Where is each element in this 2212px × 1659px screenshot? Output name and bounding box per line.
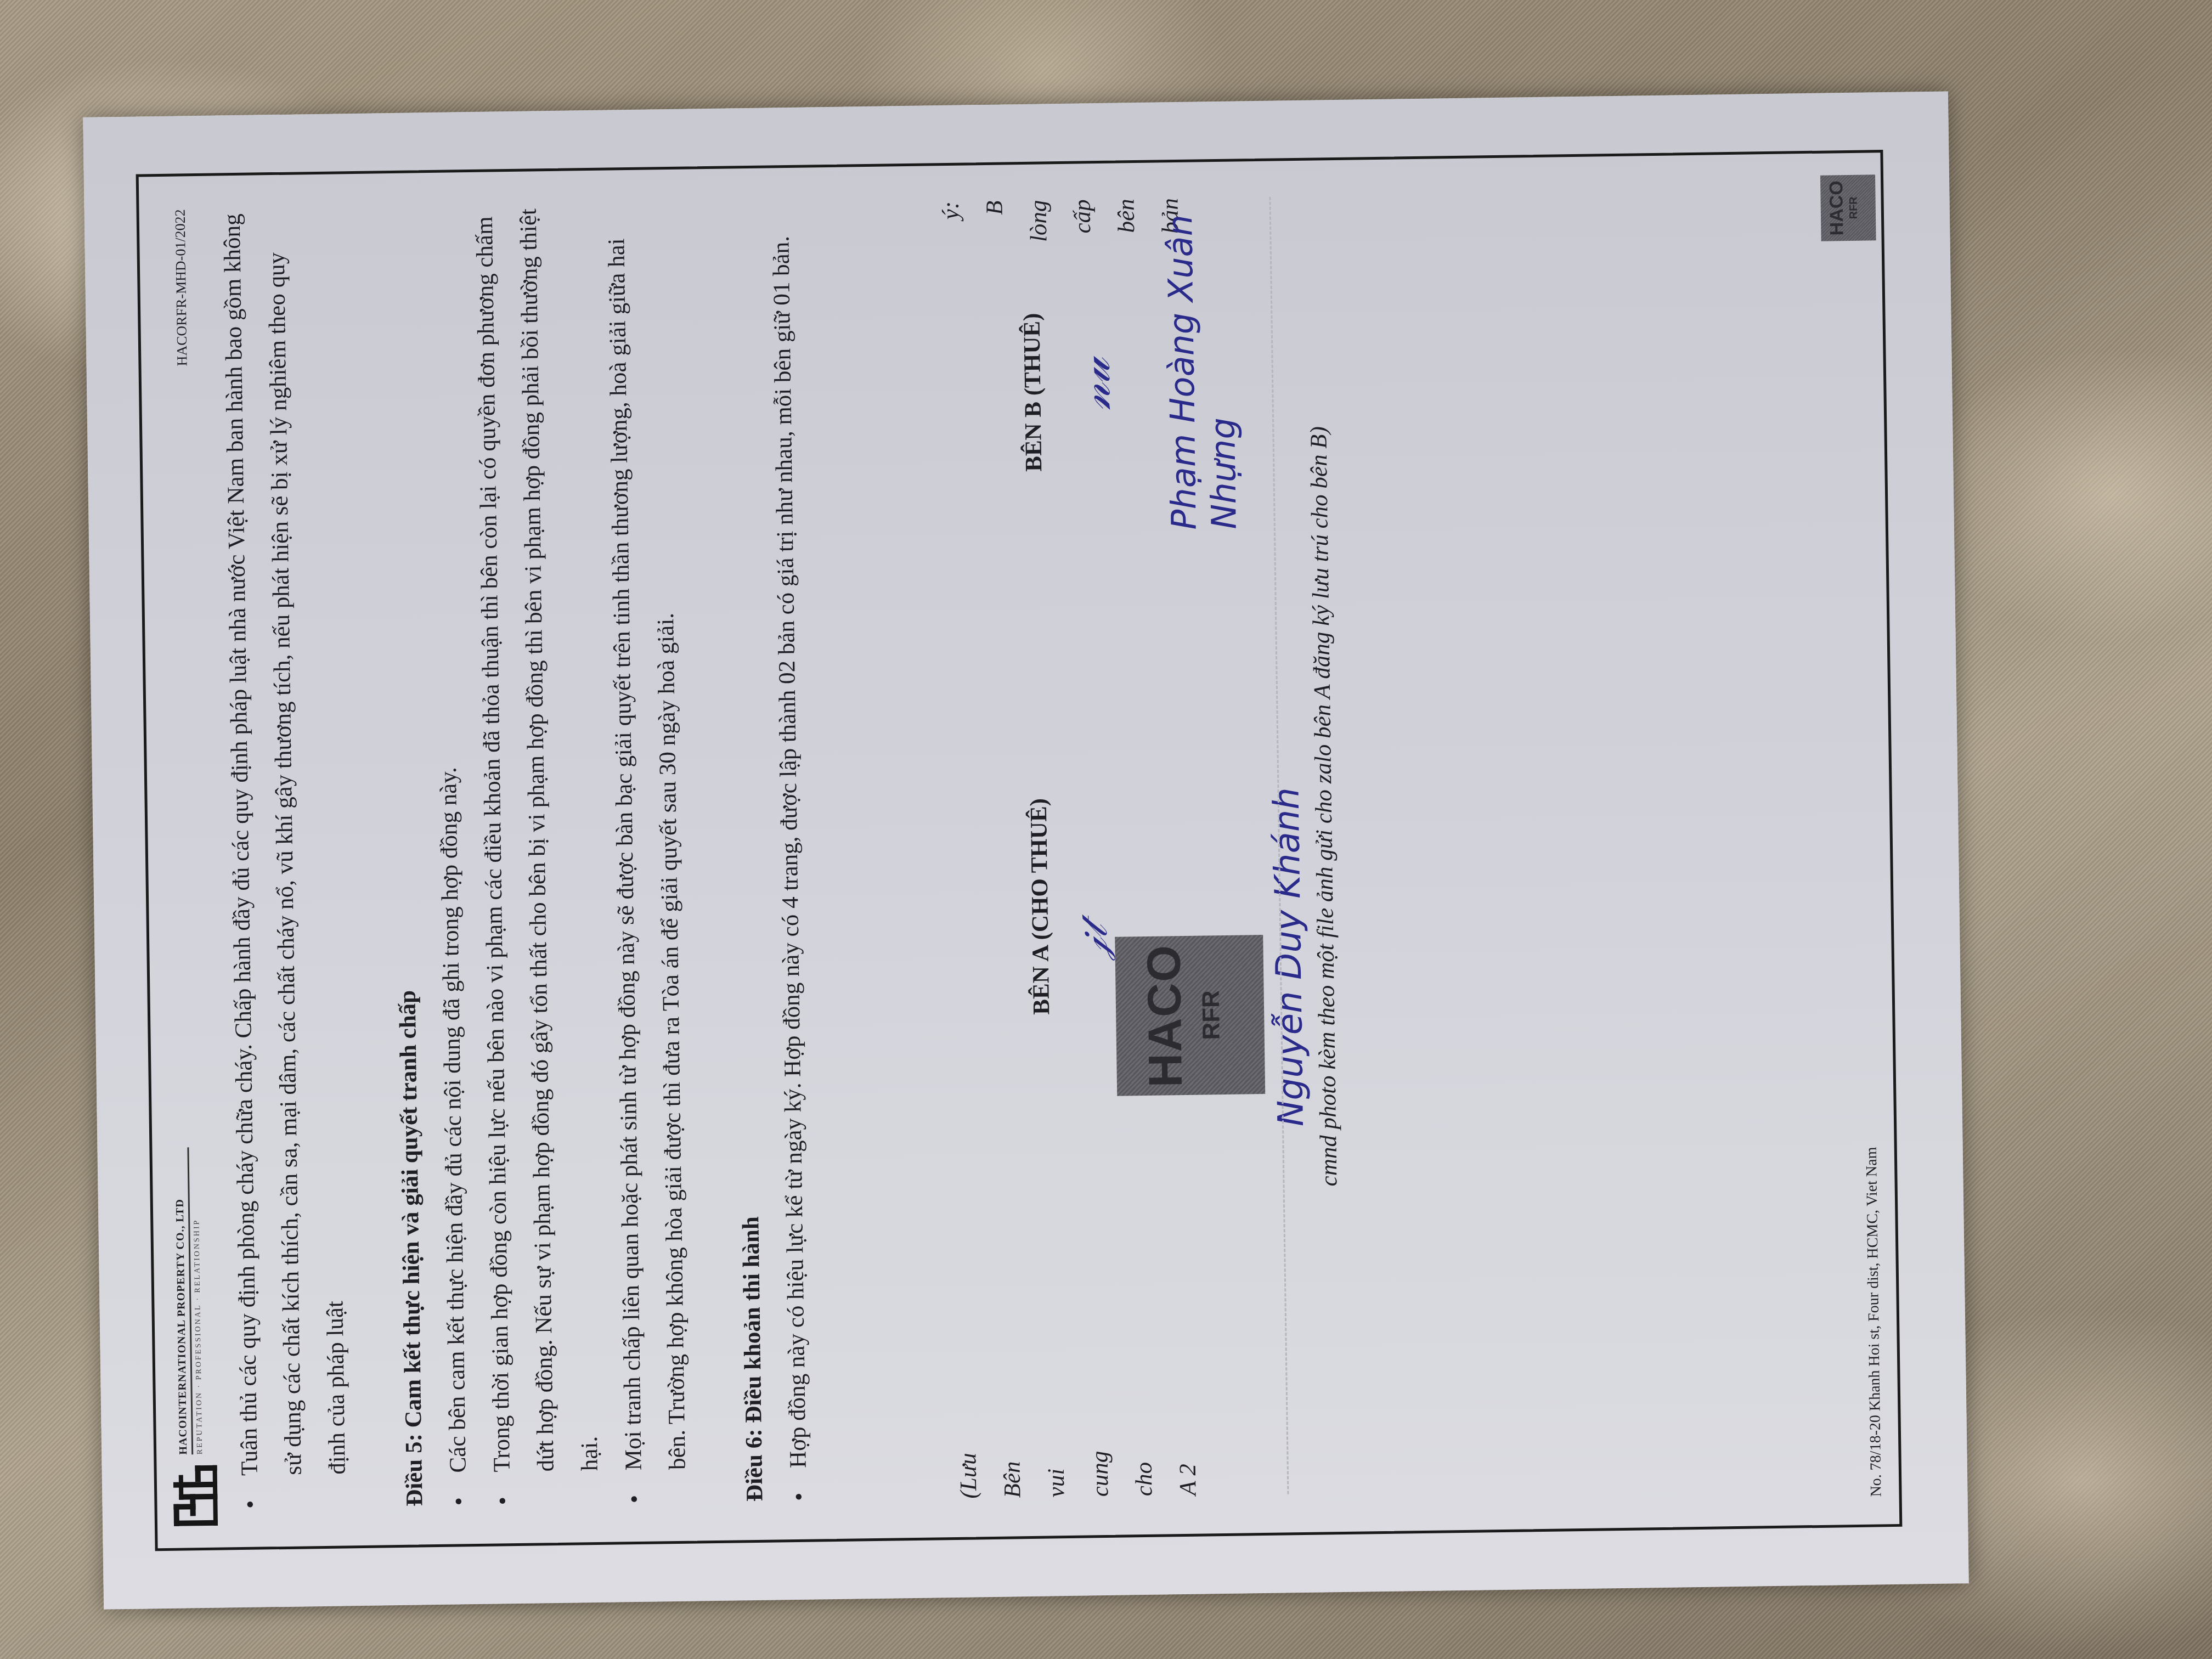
note-right-column: ý: B lòng cấp bên bản — [929, 198, 1193, 244]
company-stamp: HACO RFR — [1115, 935, 1265, 1096]
stamp-sub-text: RFR — [1847, 175, 1861, 241]
signature-section: (Lưu Bên vui cung cho A 2 ý: B lòng cấp … — [929, 195, 1386, 1499]
company-tagline: REPUTATION · PROFESSIONAL · RELATIONSHIP — [193, 1219, 205, 1455]
contract-page: HACOINTERNATIONAL PROPERTY CO., LTD REPU… — [83, 91, 1969, 1609]
note-word: (Lưu — [946, 1452, 991, 1499]
stamp-main-text: HACO — [1137, 936, 1193, 1096]
stamp-main-text: HACO — [1826, 175, 1848, 241]
stamp-sub-text: RFR — [1197, 935, 1226, 1095]
note-word: A 2 — [1166, 1449, 1210, 1496]
party-b-signature: 𝓃𝓊 — [1069, 358, 1121, 411]
document-code: HACORFR-MHD-01/2022 — [172, 209, 191, 366]
note-word: cho — [1122, 1450, 1166, 1497]
note-word: ý: — [929, 201, 973, 244]
note-word: Bên — [990, 1452, 1035, 1498]
note-left-column: (Lưu Bên vui cung cho A 2 — [946, 1449, 1210, 1499]
note-word: B — [973, 200, 1017, 243]
party-a-label: BÊN A (CHO THUÊ) — [1025, 798, 1056, 1015]
contract-body: Tuân thủ các quy định phòng cháy chữa ch… — [211, 204, 821, 1509]
note-word: cấp — [1060, 199, 1105, 242]
note-word: cung — [1078, 1451, 1122, 1497]
intro-bullet: Tuân thủ các quy định phòng cháy chữa ch… — [211, 210, 360, 1509]
article-5-bullet: Mọi tranh chấp liên quan hoặc phát sinh … — [595, 205, 701, 1504]
party-a-handwritten-name: Nguyễn Duy Khánh — [1266, 787, 1312, 1127]
note-word: bên — [1104, 199, 1149, 241]
company-name: HACOINTERNATIONAL PROPERTY CO., LTD — [174, 1199, 190, 1455]
note-word: lòng — [1017, 200, 1061, 242]
note-word: vui — [1034, 1451, 1079, 1498]
footer-stamp: HACO RFR — [1820, 174, 1876, 241]
party-a-signature: 𝒿𝓉 — [1071, 925, 1117, 960]
article-5-bullet: Trong thời gian hợp đồng còn hiệu lực nế… — [463, 206, 613, 1505]
company-logo-icon — [173, 1460, 218, 1526]
party-b-handwritten-name: Phạm Hoàng Xuân Nhựng — [1159, 197, 1244, 530]
party-b-label: BÊN B (THUÊ) — [1018, 313, 1047, 472]
